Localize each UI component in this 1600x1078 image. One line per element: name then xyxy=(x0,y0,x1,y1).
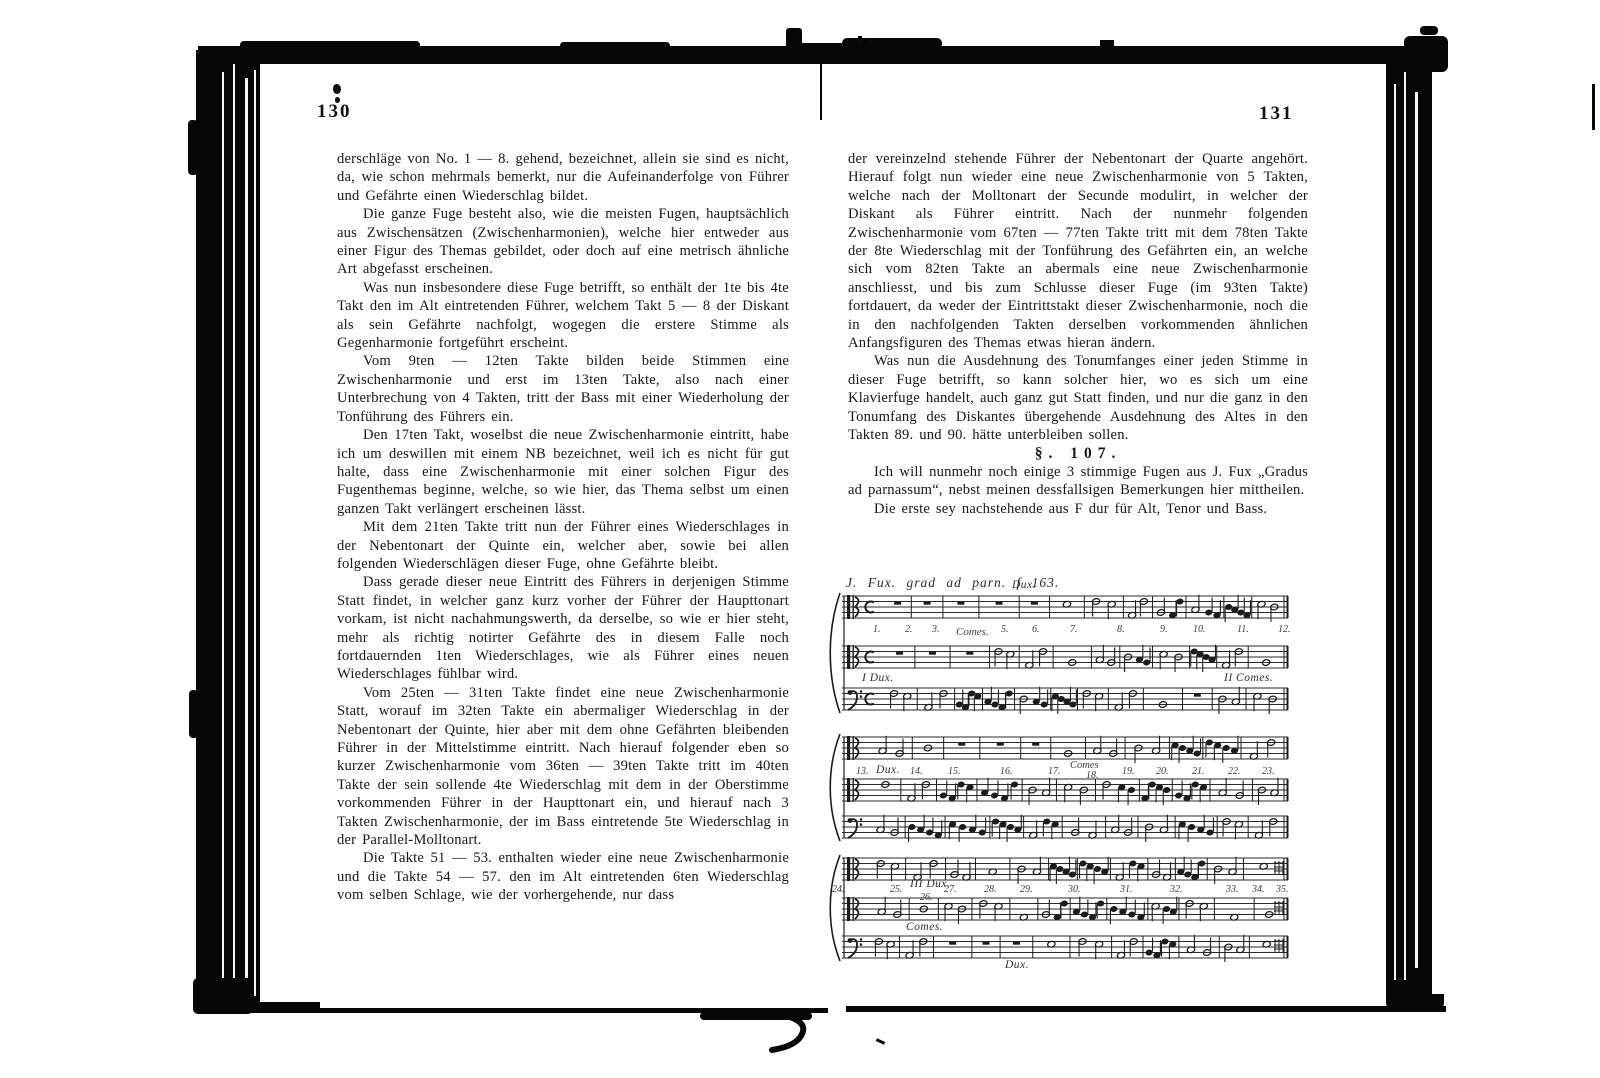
measure-number: 1. xyxy=(873,624,881,635)
dux-label: Dux. xyxy=(876,764,900,776)
bottom-tick-mark xyxy=(876,1038,885,1044)
paragraph: Vom 9ten — 12ten Takte bilden beide Stim… xyxy=(337,352,789,426)
book-edge-top-bump xyxy=(1100,40,1114,48)
music-notation xyxy=(826,572,1302,988)
book-edge-left-nub xyxy=(188,120,198,175)
measure-number: 14. xyxy=(910,766,923,777)
page-number-left: 130 xyxy=(317,101,352,123)
book-edge-left-foot xyxy=(193,978,253,1014)
dux-label: Dux. xyxy=(1012,579,1036,591)
measure-number: 32. xyxy=(1170,884,1183,895)
page-edge-streak xyxy=(233,64,235,996)
page-edge-streak xyxy=(1415,92,1418,968)
page-edge-streak xyxy=(254,70,256,996)
bottom-page-curl xyxy=(760,1008,870,1063)
page-edge-streak xyxy=(1404,72,1406,980)
ink-speck xyxy=(869,39,872,44)
page-edge-streak xyxy=(245,78,248,994)
right-page-text-column: der vereinzelnd stehende Führer der Nebe… xyxy=(848,150,1308,518)
measure-number: 5. xyxy=(1001,624,1009,635)
paragraph: Was nun insbesondere diese Fuge betrifft… xyxy=(337,279,789,353)
paragraph: derschläge von No. 1 — 8. gehend, bezeic… xyxy=(337,150,789,205)
paragraph: Den 17ten Takt, woselbst die neue Zwisch… xyxy=(337,426,789,518)
measure-number: 17. xyxy=(1048,766,1061,777)
book-edge-bottom xyxy=(846,1006,1446,1012)
measure-number: 35. xyxy=(1276,884,1289,895)
measure-number: 25. xyxy=(890,884,903,895)
book-edge-top-bump xyxy=(240,41,420,49)
measure-number: 2. xyxy=(905,624,913,635)
measure-number: 26. xyxy=(920,892,933,903)
comes-label: Comes. xyxy=(906,921,943,933)
measure-number: 33. xyxy=(1226,884,1239,895)
measure-number: 20. xyxy=(1156,766,1169,777)
measure-number: 18. xyxy=(1086,770,1099,781)
measure-number: 31. xyxy=(1120,884,1133,895)
measure-number: 3. xyxy=(932,624,940,635)
measure-number: 22. xyxy=(1228,766,1241,777)
gutter-crease xyxy=(820,64,822,120)
book-edge-right xyxy=(1386,50,1432,1000)
measure-number: 6. xyxy=(1032,624,1040,635)
paragraph: der vereinzelnd stehende Führer der Nebe… xyxy=(848,150,1308,352)
paragraph: Ich will nunmehr noch einige 3 stimmige … xyxy=(848,463,1308,500)
measure-number: 30. xyxy=(1068,884,1081,895)
measure-number: 11. xyxy=(1237,624,1249,635)
comes-label: Comes. xyxy=(956,626,989,638)
book-edge-top-bump xyxy=(800,43,842,52)
paragraph: Vom 25ten — 31ten Takte findet eine neue… xyxy=(337,684,789,850)
measure-number: 8. xyxy=(1117,624,1125,635)
book-scan: 130 derschläge von No. 1 — 8. gehend, be… xyxy=(0,0,1600,1078)
measure-number: 19. xyxy=(1122,766,1135,777)
book-edge-left xyxy=(196,50,260,1002)
paragraph: Die erste sey nachstehende aus F dur für… xyxy=(848,500,1308,518)
measure-number: 28. xyxy=(984,884,997,895)
section-heading: §. 107. xyxy=(848,445,1308,463)
measure-number: 12. xyxy=(1278,624,1291,635)
measure-number: 27. xyxy=(944,884,957,895)
page-number-right: 131 xyxy=(1259,103,1294,125)
measure-number: 9. xyxy=(1160,624,1168,635)
paragraph: Mit dem 21ten Takte tritt nun der Führer… xyxy=(337,518,789,573)
paragraph: Dass gerade dieser neue Eintritt des Füh… xyxy=(337,573,789,683)
measure-number: 15. xyxy=(948,766,961,777)
library-stamp xyxy=(333,84,341,94)
measure-number: 16. xyxy=(1000,766,1013,777)
page-edge-streak xyxy=(1394,84,1396,980)
left-page-text-column: derschläge von No. 1 — 8. gehend, bezeic… xyxy=(337,150,789,905)
scan-edge-artifact xyxy=(1592,84,1595,130)
dux-label: Dux. xyxy=(1005,959,1029,971)
measure-number: 21. xyxy=(1192,766,1205,777)
measure-number: 13. xyxy=(856,766,869,777)
book-edge-hook xyxy=(1420,26,1438,35)
paragraph: Was nun die Ausdehnung des Tonumfanges e… xyxy=(848,352,1308,444)
measure-number: 34. xyxy=(1252,884,1265,895)
measure-number: 29. xyxy=(1020,884,1033,895)
book-edge-top-bump xyxy=(842,38,942,49)
book-edge-left-nub xyxy=(189,690,198,738)
book-edge-top-bump xyxy=(560,42,670,49)
page-edge-streak xyxy=(222,72,224,994)
measure-number: 24. xyxy=(832,884,845,895)
measure-number: 10. xyxy=(1193,624,1206,635)
measure-number: 23. xyxy=(1262,766,1275,777)
ink-speck xyxy=(858,36,862,44)
i-dux-label: I Dux. xyxy=(862,672,894,684)
paragraph: Die ganze Fuge besteht also, wie die mei… xyxy=(337,205,789,279)
paragraph: Die Takte 51 — 53. enthalten wieder eine… xyxy=(337,849,789,904)
ii-comes-label: II Comes. xyxy=(1224,672,1273,684)
measure-number: 7. xyxy=(1070,624,1078,635)
